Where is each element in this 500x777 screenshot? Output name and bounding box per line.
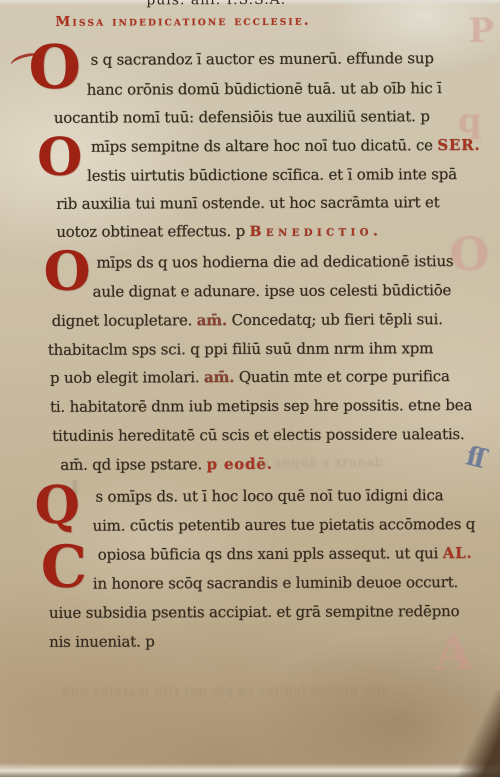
text-line: am̄. qd ipse pstare. p eodē. <box>60 455 272 474</box>
ink-text: opiosa būficia qs dns xani ppls assequt.… <box>98 544 443 564</box>
text-line: aule dignat e adunare. ipse uos celesti … <box>93 281 452 301</box>
text-line: thabitaclm sps sci. q ppi filiū suū dnm … <box>48 339 433 359</box>
text-line: uotoz obtineat effectus. p Benedictio. <box>56 221 382 240</box>
ink-text: uiue subsidia psentis accipiat. et grā s… <box>49 602 459 622</box>
ink-text: nis inueniat. p <box>49 632 155 650</box>
text-line: s q sacrandoz ī auctor es munerū. effund… <box>91 49 434 68</box>
text-line: rib auxilia tui munī ostende. ut hoc sac… <box>56 193 439 213</box>
ink-text: Concedatq; ub fieri tēpli sui. <box>227 310 443 329</box>
text-line: uiue subsidia psentis accipiat. et grā s… <box>49 602 459 622</box>
text-line: lestis uirtutis būdictione scīfica. et ī… <box>87 165 457 185</box>
photo-bottom-edge <box>0 763 500 777</box>
rubric-text: am̄. <box>197 311 227 329</box>
show-through-initial: P <box>468 11 494 51</box>
show-through-initial: A <box>435 625 472 681</box>
ink-text: Quatin mte et corpe purifica <box>234 367 450 386</box>
ink-text: uim. cūctis petentib aures tue pietatis … <box>93 515 476 535</box>
illuminated-initial: O <box>28 41 81 95</box>
show-through-initial: q <box>458 101 482 141</box>
text-line: ti. habitatorē dnm iub metipsis sep hre … <box>50 396 472 416</box>
ink-text: uocantib nomī tuū: defensiōis tue auxili… <box>54 107 430 127</box>
ink-text: thabitaclm sps sci. q ppi filiū suū dnm … <box>48 339 433 359</box>
ink-text: s omīps ds. ut ī hoc loco quē noī tuo īd… <box>95 486 443 506</box>
text-line: in honore scōq sacrandis e luminib deuoe… <box>93 573 458 593</box>
cropped-previous-line: puis. anī. I.S.S.A. <box>146 0 286 8</box>
ink-text: p uob elegit imolari. <box>50 368 204 387</box>
text-line: nis inueniat. p <box>49 632 155 650</box>
text-line: uim. cūctis petentib aures tue pietatis … <box>93 515 476 535</box>
text-line: p uob elegit imolari. am̄. Quatin mte et… <box>50 367 450 387</box>
ink-text: mīps ds q uos hodierna die ad dedication… <box>96 252 453 272</box>
show-through-text: site pnctus legitur ca pio qui ritu marc… <box>61 683 388 699</box>
text-line: dignet locupletare. am̄. Concedatq; ub f… <box>52 310 443 330</box>
illuminated-initial: C <box>41 541 87 593</box>
ink-text: rib auxilia tui munī ostende. ut hoc sac… <box>56 193 439 213</box>
text-line: uocantib nomī tuū: defensiōis tue auxili… <box>54 107 430 127</box>
ink-text: mīps sempitne ds altare hoc noī tuo dica… <box>91 136 438 156</box>
ink-text: in honore scōq sacrandis e luminib deuoe… <box>93 573 458 593</box>
table-corner-shadow <box>440 690 500 777</box>
illuminated-initial: O <box>43 247 90 296</box>
ink-text: hanc orōnis domū būdictionē tuā. ut ab o… <box>87 79 442 99</box>
text-block: puis. anī. I.S.S.A. Missa indedicatione … <box>0 0 500 777</box>
ink-text: titudinis hereditatē cū scis et electis … <box>52 425 464 445</box>
text-line: opiosa būficia qs dns xani ppls assequt.… <box>98 544 473 564</box>
show-through-text: ua anquā a xranab <box>252 455 383 471</box>
margin-insertion-mark: ſſ <box>463 442 486 475</box>
ink-text: lestis uirtutis būdictione scīfica. et ī… <box>87 165 457 185</box>
text-line: titudinis hereditatē cū scis et electis … <box>52 425 464 445</box>
text-line: hanc orōnis domū būdictionē tuā. ut ab o… <box>87 79 442 99</box>
text-line: mīps ds q uos hodierna die ad dedication… <box>96 252 453 272</box>
ink-text: aule dignat e adunare. ipse uos celesti … <box>93 281 452 301</box>
show-through-initial: O <box>449 227 489 281</box>
rubric-text: Benedictio. <box>250 223 383 240</box>
illuminated-initial: Q <box>34 483 80 530</box>
illuminated-initial: O <box>37 135 83 182</box>
ink-text: dignet locupletare. <box>52 311 197 330</box>
ink-text: ti. habitatorē dnm iub metipsis sep hre … <box>50 396 472 416</box>
text-line: s omīps ds. ut ī hoc loco quē noī tuo īd… <box>95 486 443 506</box>
rubric-text: AL. <box>443 544 473 562</box>
rubric-title: Missa indedicatione ecclesie. <box>55 13 310 30</box>
manuscript-photo: puis. anī. I.S.S.A. Missa indedicatione … <box>0 0 500 777</box>
ink-text: am̄. qd ipse pstare. <box>60 455 206 474</box>
text-line: mīps sempitne ds altare hoc noī tuo dica… <box>91 136 481 156</box>
rubric-text: am̄. <box>204 368 234 386</box>
ink-text: s q sacrandoz ī auctor es munerū. effund… <box>91 49 434 68</box>
